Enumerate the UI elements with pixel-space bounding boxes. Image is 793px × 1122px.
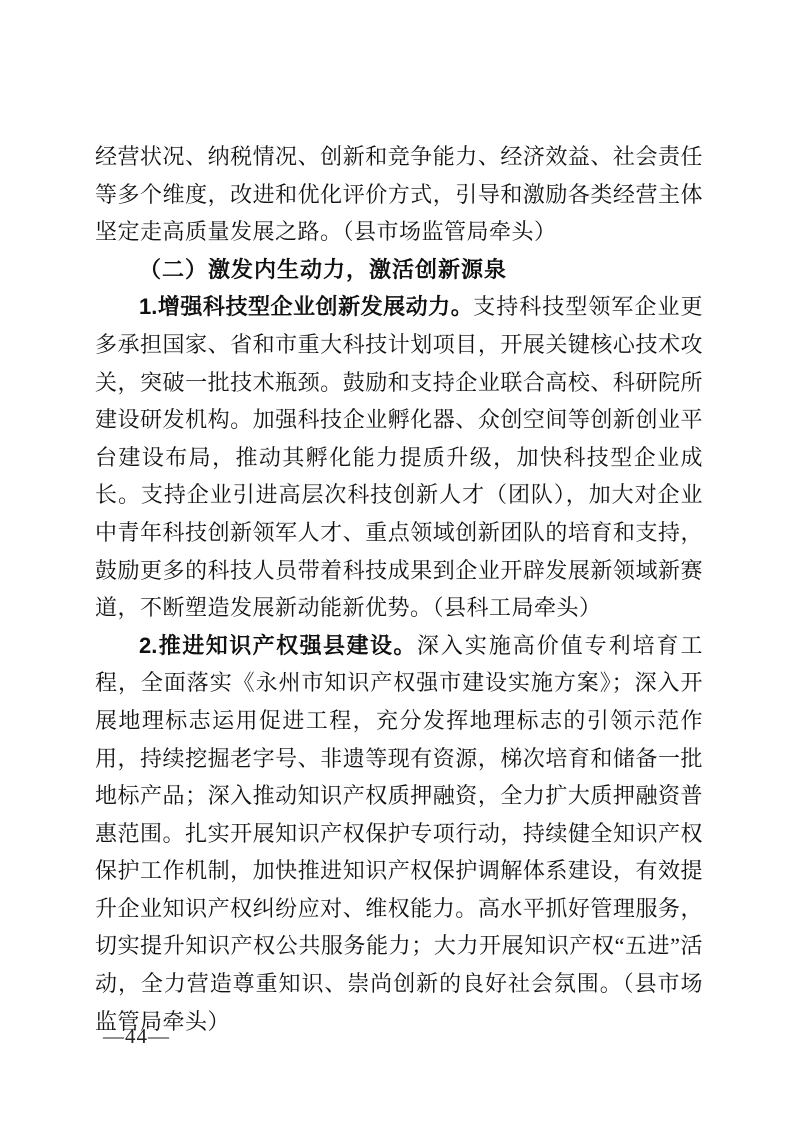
- item-1-lead: 1.增强科技型企业创新发展动力。: [139, 294, 473, 319]
- page-number: —44—: [103, 1024, 170, 1049]
- item-paragraph-1: 1.增强科技型企业创新发展动力。支持科技型领军企业更多承担国家、省和市重大科技计…: [95, 288, 703, 626]
- document-content: 经营状况、纳税情况、创新和竞争能力、经济效益、社会责任等多个维度，改进和优化评价…: [95, 138, 703, 1040]
- item-1-body: 支持科技型领军企业更多承担国家、省和市重大科技计划项目，开展关键核心技术攻关，突…: [95, 294, 703, 620]
- item-paragraph-2: 2.推进知识产权强县建设。深入实施高价值专利培育工程，全面落实《永州市知识产权强…: [95, 627, 703, 1041]
- item-2-body: 深入实施高价值专利培育工程，全面落实《永州市知识产权强市建设实施方案》；深入开展…: [95, 633, 703, 1034]
- section-heading: （二）激发内生动力，激活创新源泉: [95, 251, 703, 289]
- item-2-lead: 2.推进知识产权强县建设。: [139, 633, 417, 658]
- document-page: 经营状况、纳税情况、创新和竞争能力、经济效益、社会责任等多个维度，改进和优化评价…: [0, 0, 793, 1122]
- intro-paragraph: 经营状况、纳税情况、创新和竞争能力、经济效益、社会责任等多个维度，改进和优化评价…: [95, 138, 703, 251]
